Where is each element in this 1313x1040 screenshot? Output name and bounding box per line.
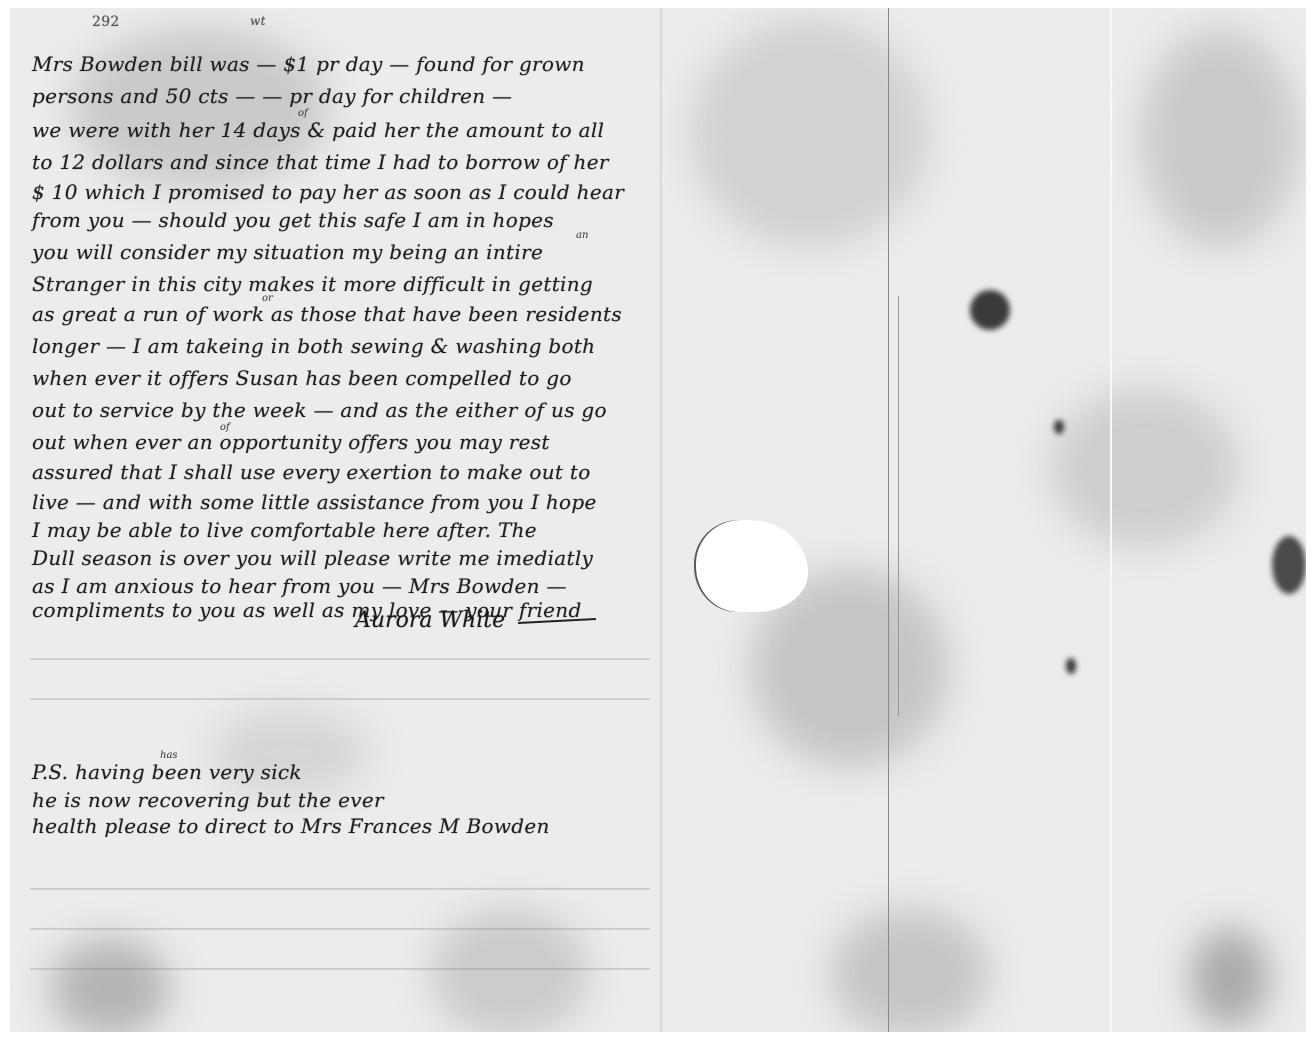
paper-stain	[1140, 28, 1300, 248]
letter-line: I may be able to live comfortable here a…	[32, 518, 537, 542]
signature: Aurora White	[355, 608, 505, 633]
letter-line: $ 10 which I promised to pay her as soon…	[32, 180, 624, 204]
paper-stain	[210, 708, 370, 798]
paper-stain	[430, 908, 590, 1032]
letter-line: you will consider my situation my being …	[32, 240, 543, 264]
torn-hole	[696, 520, 808, 612]
ink-blot	[970, 290, 1010, 330]
postscript-line: P.S. having been very sick	[32, 760, 302, 784]
letter-line: longer — I am takeing in both sewing & w…	[32, 334, 595, 358]
letter-line: as great a run of work as those that hav…	[32, 302, 622, 326]
postscript-line: he is now recovering but the ever	[32, 788, 384, 812]
ink-blot	[1272, 536, 1306, 594]
letter-line: as I am anxious to hear from you — Mrs B…	[32, 574, 567, 598]
letter-page: 292 wt Mrs Bowden bill was — $1 pr day —…	[10, 8, 1306, 1032]
fold-line	[898, 296, 899, 716]
paper-stain	[50, 938, 170, 1032]
letter-line: Stranger in this city makes it more diff…	[32, 272, 593, 296]
letter-line: to 12 dollars and since that time I had …	[32, 150, 609, 174]
header-mark: wt	[250, 14, 266, 28]
interlinear-insertion: an	[576, 230, 588, 241]
letter-line: when ever it offers Susan has been compe…	[32, 366, 572, 390]
ink-blot	[1054, 420, 1064, 434]
bleed-through-line	[30, 968, 650, 970]
center-fold	[660, 8, 662, 1032]
paper-stain	[830, 908, 990, 1032]
page-number: 292	[92, 14, 120, 30]
letter-line: persons and 50 cts — — pr day for childr…	[32, 84, 512, 108]
ink-blot	[1066, 658, 1076, 674]
letter-line: out to service by the week — and as the …	[32, 398, 607, 422]
postscript-line: health please to direct to Mrs Frances M…	[32, 814, 550, 838]
paper-stain	[1050, 388, 1240, 548]
letter-line: out when ever an opportunity offers you …	[32, 430, 550, 454]
bleed-through-line	[30, 928, 650, 930]
bleed-through-line	[30, 658, 650, 660]
letter-line: we were with her 14 days & paid her the …	[32, 118, 604, 142]
letter-line: assured that I shall use every exertion …	[32, 460, 591, 484]
paper-stain	[1190, 928, 1270, 1028]
bleed-through-line	[30, 698, 650, 700]
letter-line: from you — should you get this safe I am…	[32, 208, 554, 232]
fold-line	[1110, 8, 1112, 1032]
letter-line: Mrs Bowden bill was — $1 pr day — found …	[32, 52, 585, 76]
fold-line	[888, 8, 889, 1032]
paper-stain	[690, 18, 930, 248]
letter-line: live — and with some little assistance f…	[32, 490, 597, 514]
letter-line: Dull season is over you will please writ…	[32, 546, 593, 570]
bleed-through-line	[30, 888, 650, 890]
